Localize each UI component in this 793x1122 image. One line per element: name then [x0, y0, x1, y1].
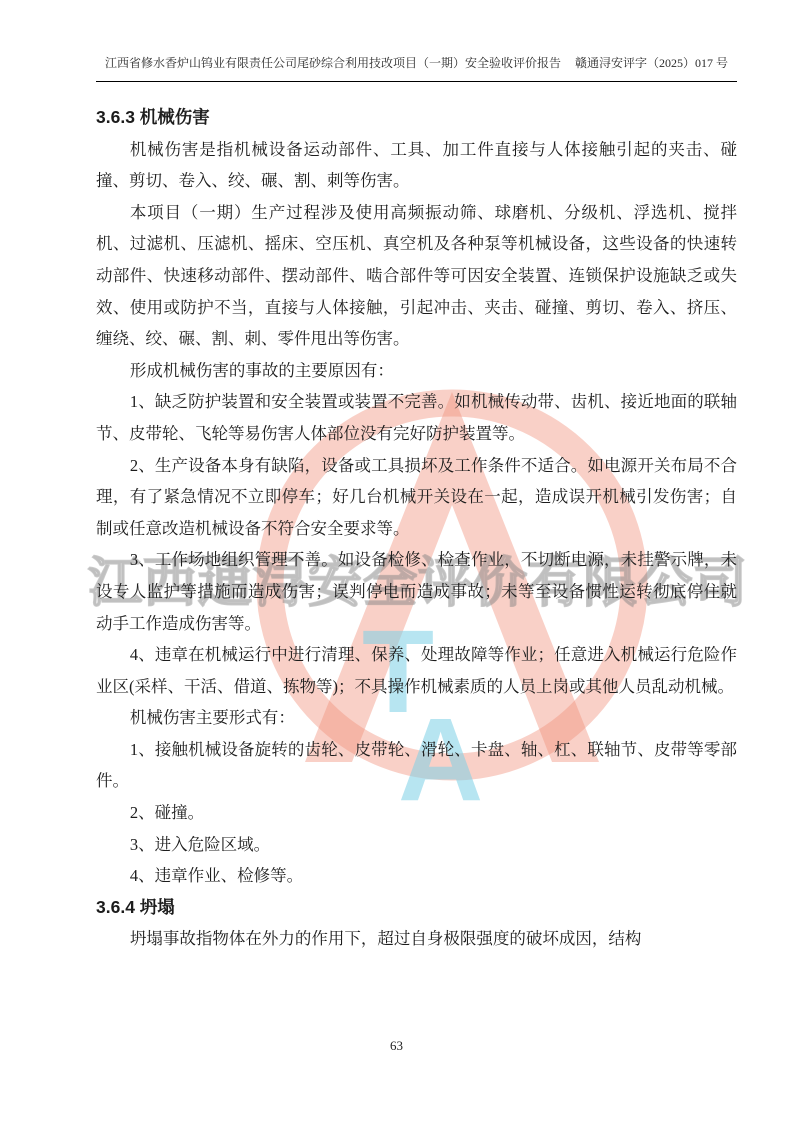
list-item-form-1: 1、接触机械设备旋转的齿轮、皮带轮、滑轮、卡盘、轴、杠、联轴节、皮带等零部件。: [96, 734, 737, 797]
paragraph: 本项目（一期）生产过程涉及使用高频振动筛、球磨机、分级机、浮选机、搅拌机、过滤机…: [96, 197, 737, 355]
header-report-title: 江西省修水香炉山钨业有限责任公司尾砂综合利用技改项目（一期）安全验收评价报告: [105, 54, 561, 71]
list-item-cause-4: 4、违章在机械运行中进行清理、保养、处理故障等作业；任意进入机械运行危险作业区(…: [96, 639, 737, 702]
list-item-cause-2: 2、生产设备本身有缺陷，设备或工具损坏及工作条件不适合。如电源开关布局不合理，有…: [96, 450, 737, 545]
section-heading-3-6-3: 3.6.3 机械伤害: [96, 102, 737, 134]
list-item-form-4: 4、违章作业、检修等。: [96, 860, 737, 892]
paragraph: 机械伤害是指机械设备运动部件、工具、加工件直接与人体接触引起的夹击、碰撞、剪切、…: [96, 134, 737, 197]
document-page: 江西省修水香炉山钨业有限责任公司尾砂综合利用技改项目（一期）安全验收评价报告 赣…: [0, 0, 793, 1122]
paragraph: 机械伤害主要形式有：: [96, 702, 737, 734]
list-item-form-3: 3、进入危险区域。: [96, 829, 737, 861]
list-item-cause-1: 1、缺乏防护装置和安全装置或装置不完善。如机械传动带、齿机、接近地面的联轴节、皮…: [96, 386, 737, 449]
header-doc-number: 赣通浔安评字（2025）017 号: [575, 54, 728, 71]
paragraph: 形成机械伤害的事故的主要原因有：: [96, 355, 737, 387]
list-item-form-2: 2、碰撞。: [96, 797, 737, 829]
section-heading-3-6-4: 3.6.4 坍塌: [96, 892, 737, 924]
page-header: 江西省修水香炉山钨业有限责任公司尾砂综合利用技改项目（一期）安全验收评价报告 赣…: [96, 54, 737, 71]
document-content: 3.6.3 机械伤害 机械伤害是指机械设备运动部件、工具、加工件直接与人体接触引…: [96, 102, 737, 955]
header-rule: [96, 81, 737, 82]
page-number: 63: [0, 1038, 793, 1054]
paragraph: 坍塌事故指物体在外力的作用下，超过自身极限强度的破坏成因，结构: [96, 923, 737, 955]
list-item-cause-3: 3、工作场地组织管理不善。如设备检修、检查作业，不切断电源，未挂警示牌，未设专人…: [96, 544, 737, 639]
